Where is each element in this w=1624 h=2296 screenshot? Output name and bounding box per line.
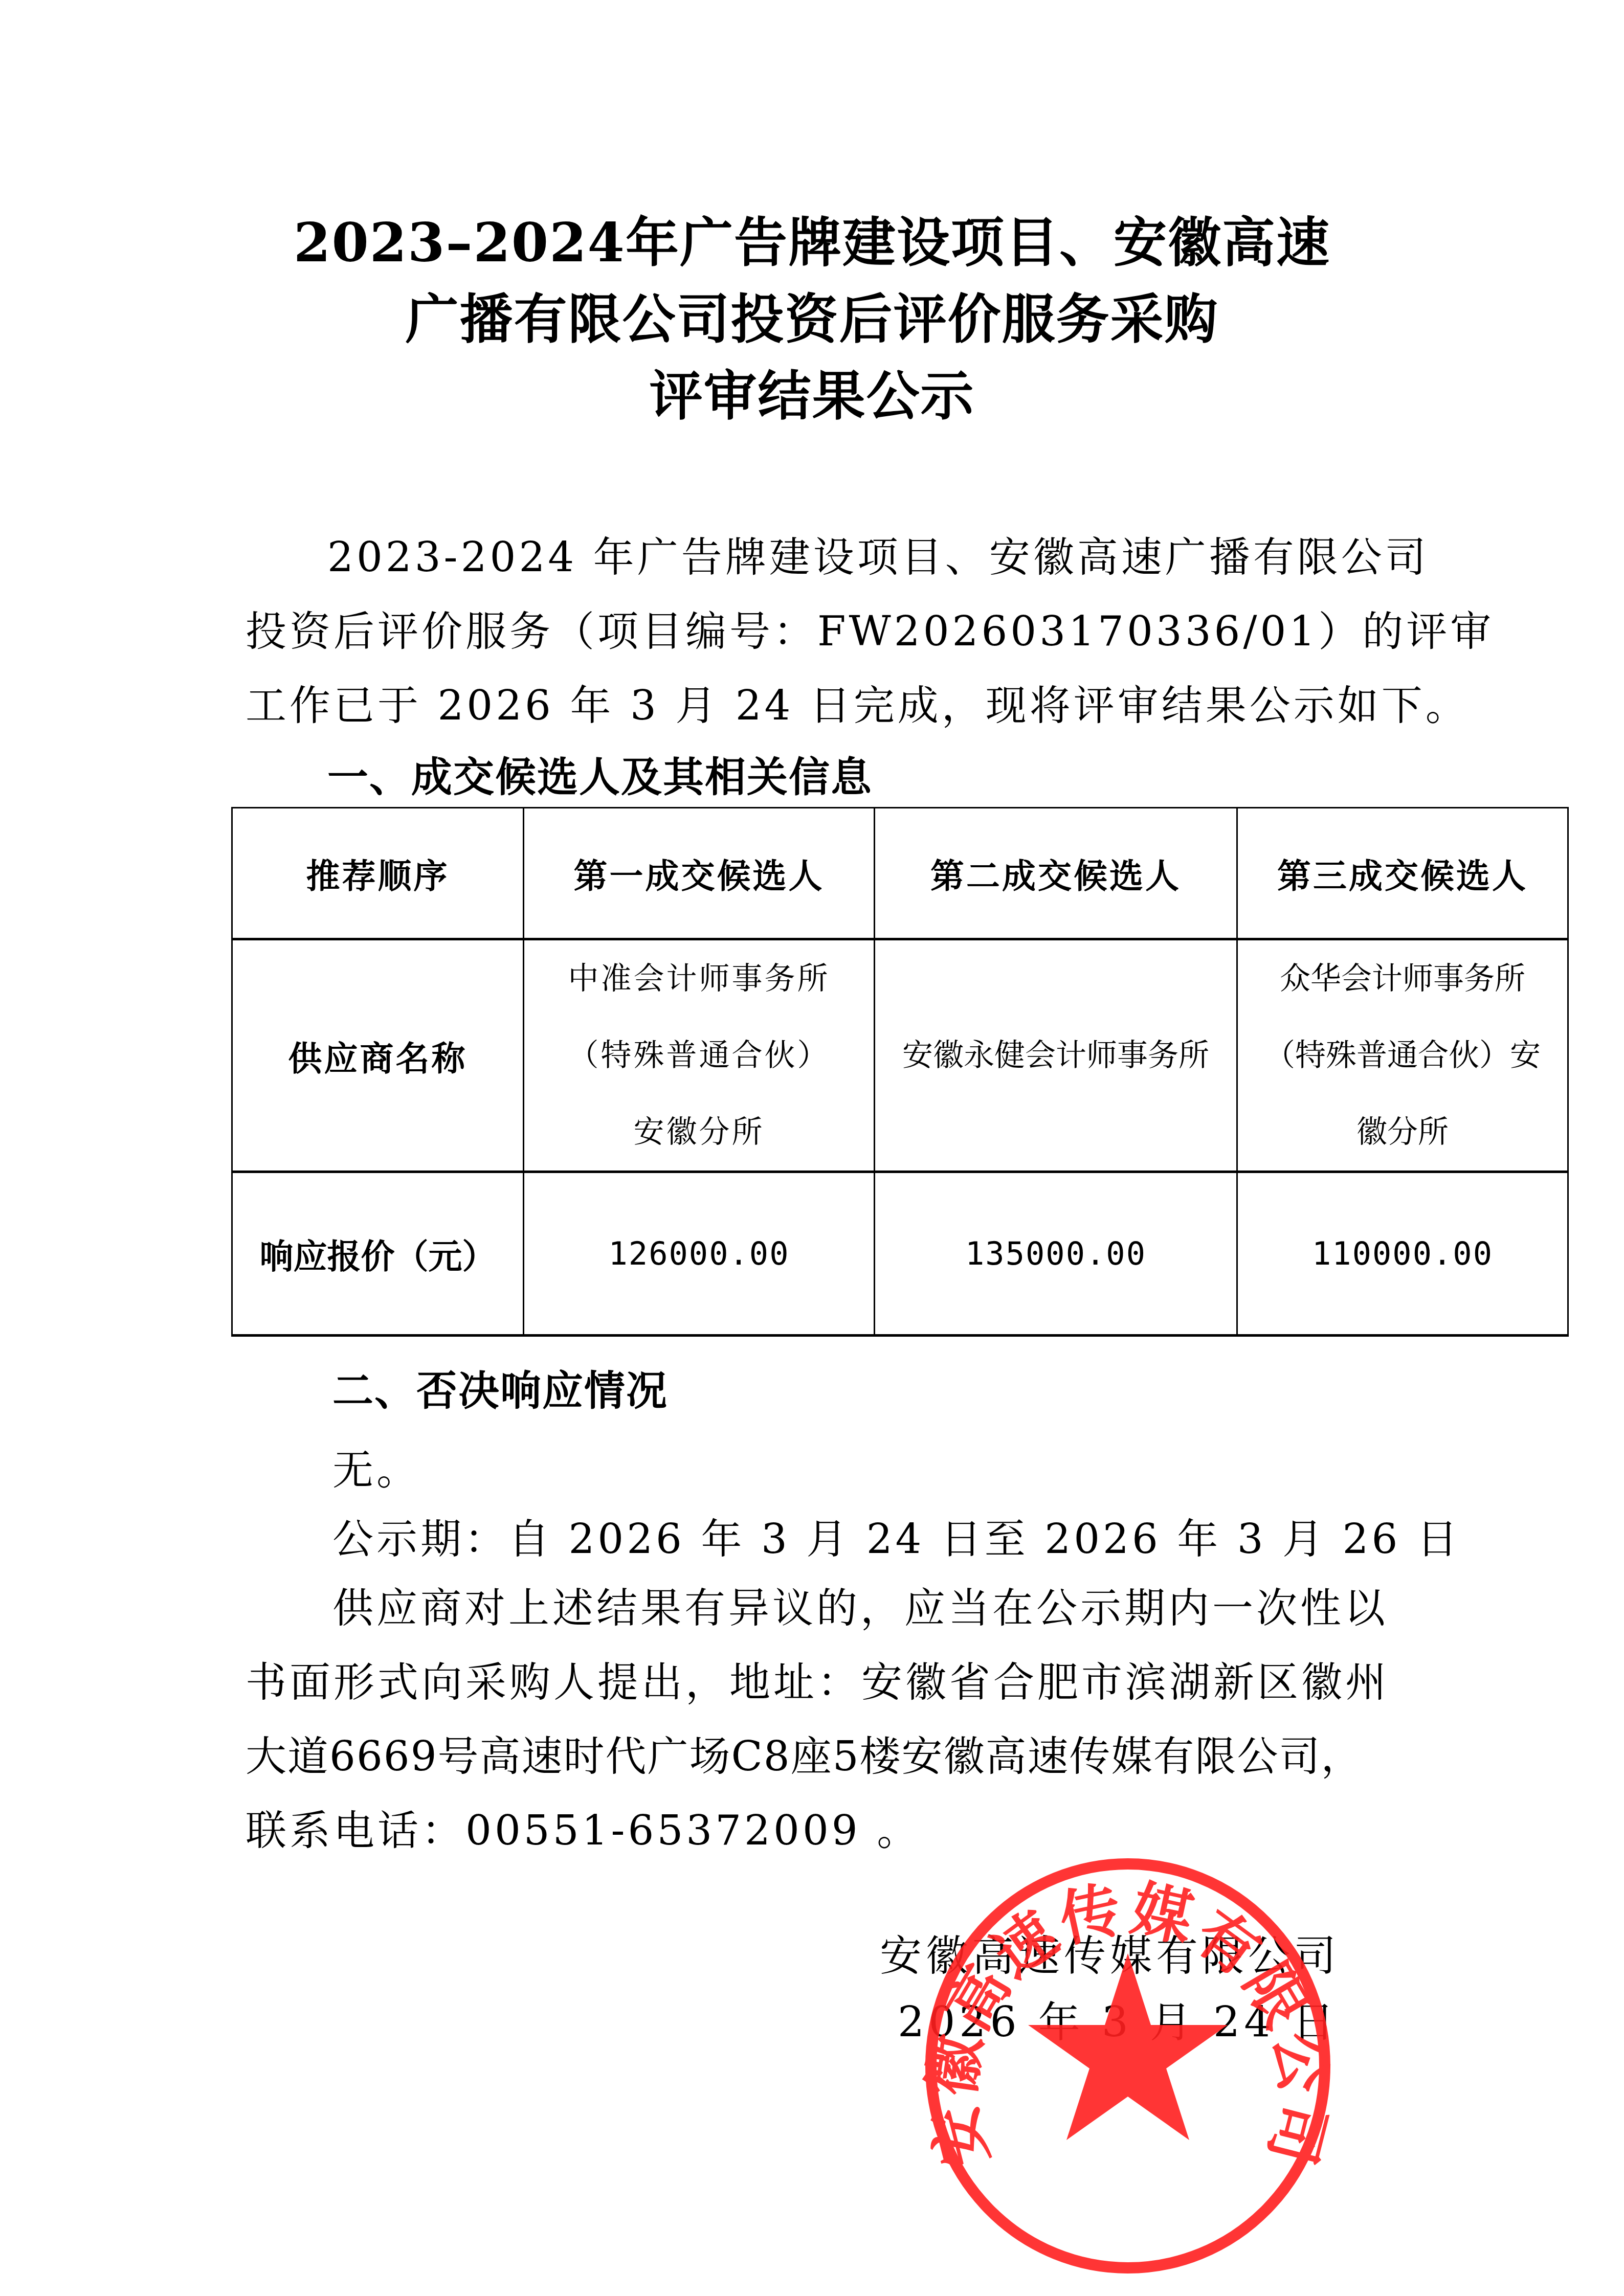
company-seal-icon: 安徽高速传媒有限公司 bbox=[921, 1856, 1335, 2276]
supplier-second-line-1: 安徽永健会计师事务所 bbox=[884, 1017, 1227, 1094]
section-1-heading: 一、成交候选人及其相关信息 bbox=[327, 744, 873, 803]
supplier-second: 安徽永健会计师事务所 bbox=[875, 939, 1237, 1172]
table-row-price: 响应报价（元） 126000.00 135000.00 110000.00 bbox=[232, 1172, 1568, 1336]
header-second-candidate: 第二成交候选人 bbox=[875, 808, 1237, 939]
candidates-table: 推荐顺序 第一成交候选人 第二成交候选人 第三成交候选人 供应商名称 中准会计师… bbox=[231, 807, 1569, 1337]
row-label-quoted-price: 响应报价（元） bbox=[232, 1172, 524, 1336]
intro-line-2: 投资后评价服务（项目编号：FW202603170336/01）的评审 bbox=[246, 598, 1494, 657]
price-second: 135000.00 bbox=[875, 1172, 1237, 1336]
notice-period: 公示期：自 2026 年 3 月 24 日至 2026 年 3 月 26 日 bbox=[332, 1506, 1461, 1565]
objection-line-2: 书面形式向采购人提出，地址：安徽省合肥市滨湖新区徽州 bbox=[246, 1649, 1389, 1708]
header-rank-order: 推荐顺序 bbox=[232, 808, 524, 939]
supplier-third-line-2: （特殊普通合伙）安 bbox=[1247, 1017, 1558, 1094]
table-header-row: 推荐顺序 第一成交候选人 第二成交候选人 第三成交候选人 bbox=[232, 808, 1568, 939]
header-first-candidate: 第一成交候选人 bbox=[524, 808, 875, 939]
supplier-third-line-3: 徽分所 bbox=[1247, 1094, 1558, 1170]
supplier-first-line-1: 中准会计师事务所 bbox=[533, 940, 864, 1017]
title-line-3: 评审结果公示 bbox=[0, 355, 1624, 437]
supplier-first-line-3: 安徽分所 bbox=[533, 1094, 864, 1170]
document-page: 2023–2024年广告牌建设项目、安徽高速 广播有限公司投资后评价服务采购 评… bbox=[0, 0, 1624, 2296]
intro-line-3: 工作已于 2026 年 3 月 24 日完成，现将评审结果公示如下。 bbox=[246, 672, 1470, 731]
header-third-candidate: 第三成交候选人 bbox=[1237, 808, 1568, 939]
supplier-third-line-1: 众华会计师事务所 bbox=[1247, 940, 1558, 1017]
supplier-first-line-2: （特殊普通合伙） bbox=[533, 1017, 864, 1094]
intro-line-1: 2023-2024 年广告牌建设项目、安徽高速广播有限公司 bbox=[327, 524, 1429, 583]
objection-line-4: 联系电话：00551-65372009 。 bbox=[246, 1797, 921, 1856]
supplier-first: 中准会计师事务所 （特殊普通合伙） 安徽分所 bbox=[524, 939, 875, 1172]
supplier-third: 众华会计师事务所 （特殊普通合伙）安 徽分所 bbox=[1237, 939, 1568, 1172]
objection-line-1: 供应商对上述结果有异议的，应当在公示期内一次性以 bbox=[332, 1575, 1388, 1634]
section-2-heading: 二、否决响应情况 bbox=[332, 1358, 668, 1416]
title-line-1: 2023–2024年广告牌建设项目、安徽高速 bbox=[0, 202, 1624, 284]
table-row-supplier: 供应商名称 中准会计师事务所 （特殊普通合伙） 安徽分所 安徽永健会计师事务所 … bbox=[232, 939, 1568, 1172]
row-label-supplier-name: 供应商名称 bbox=[232, 939, 524, 1172]
objection-line-3: 大道6669号高速时代广场C8座5楼安徽高速传媒有限公司， bbox=[246, 1723, 1363, 1782]
price-third: 110000.00 bbox=[1237, 1172, 1568, 1336]
section-2-body: 无。 bbox=[332, 1437, 420, 1496]
price-first: 126000.00 bbox=[524, 1172, 875, 1336]
title-line-2: 广播有限公司投资后评价服务采购 bbox=[0, 279, 1624, 361]
